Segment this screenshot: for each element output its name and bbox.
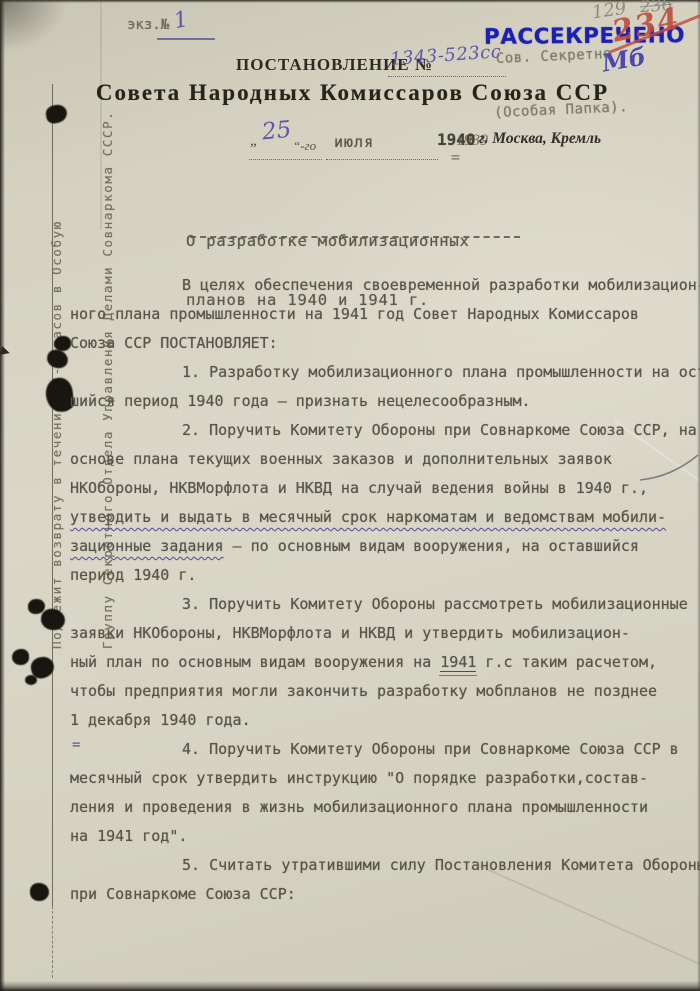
- date-day-suffix: “-го: [293, 138, 316, 154]
- body-line: чтобы предприятия могли закончить разраб…: [70, 677, 674, 706]
- ink-blot: [12, 649, 29, 665]
- body-text: В целях обеспечения своевременной разраб…: [70, 271, 674, 909]
- body-line: период 1940 г.: [70, 561, 674, 590]
- subject-line1: О разработке мобилизационных: [186, 232, 470, 252]
- body-segment: шийся период 1940 года – признать нецеле…: [70, 392, 531, 410]
- body-line: месячный срок утвердить инструкцию "О по…: [70, 764, 674, 793]
- blue-initials-mark: Мб: [600, 41, 648, 77]
- decree-number: 1343-523сс: [389, 41, 502, 70]
- body-segment: зационные задания: [70, 537, 224, 555]
- body-line: на 1941 год".: [70, 822, 674, 851]
- body-segment: 4. Поручить Комитету Обороны при Совнарк…: [182, 740, 679, 758]
- body-segment: 2. Поручить Комитету Обороны при Совнарк…: [182, 421, 697, 439]
- body-segment: Союза ССР ПОСТАНОВЛЯЕТ:: [70, 334, 278, 352]
- body-segment: 3. Поручить Комитету Обороны рассмотреть…: [182, 595, 688, 613]
- date-month: июля: [334, 133, 374, 151]
- body-line: утвердить и выдать в месячный срок нарко…: [70, 503, 674, 532]
- copy-number-underline: [157, 38, 215, 40]
- body-line: зационные задания – по основным видам во…: [70, 532, 674, 561]
- scan-edge-bottom: [0, 981, 700, 991]
- margin-equals-mark: =: [72, 737, 80, 753]
- body-segment: 1941: [440, 653, 476, 672]
- body-segment: ления и проведения в жизнь мобилизационн…: [70, 798, 648, 816]
- copy-number-value: 1: [172, 7, 191, 34]
- body-line: заявки НКОбороны, НКВМорфлота и НКВД и у…: [70, 619, 674, 648]
- body-segment: г.с таким расчетом,: [476, 653, 657, 671]
- date-month-line: [326, 159, 438, 160]
- body-line: ный план по основным видам вооружения на…: [70, 648, 674, 677]
- scan-edge-left: [0, 0, 5, 991]
- date-day: 25: [261, 117, 293, 146]
- body-line: основе плана текущих военных заказов и д…: [70, 445, 674, 474]
- ink-blot: [25, 675, 37, 685]
- body-segment: период 1940 г.: [70, 566, 196, 584]
- body-segment: – по основным видам вооружения, на остав…: [224, 537, 639, 555]
- body-line: при Совнаркоме Союза ССР:: [70, 880, 674, 909]
- body-line: 1 декабря 1940 года.: [70, 706, 674, 735]
- body-segment: 1 декабря 1940 года.: [70, 711, 251, 729]
- body-line: 4. Поручить Комитету Обороны при Совнарк…: [70, 735, 674, 764]
- date-place: г. Москва, Кремль: [479, 130, 601, 148]
- body-segment: НКОбороны, НКВМорфлота и НКВД на случай …: [70, 479, 648, 497]
- body-line: ного плана промышленности на 1941 год Со…: [70, 300, 674, 329]
- body-segment: на 1941 год".: [70, 827, 187, 845]
- date-open-quote: „: [250, 133, 257, 150]
- issuer-title: Совета Народных Комиссаров Союза ССР: [90, 80, 615, 106]
- date-day-line: [249, 159, 322, 160]
- copy-number-label: экз.№: [127, 17, 169, 33]
- body-segment: В целях обеспечения своевременной разраб…: [182, 276, 700, 294]
- body-segment: ный план по основным видам вооружения на: [70, 653, 440, 671]
- subject-underline: [190, 236, 520, 238]
- body-line: 3. Поручить Комитету Обороны рассмотреть…: [70, 590, 674, 619]
- margin-rule-dashed: [52, 906, 53, 978]
- body-line: 5. Считать утратившими силу Постановлени…: [70, 851, 674, 880]
- date-year-typed: 1940: [437, 130, 476, 149]
- pen-flourish: [638, 452, 700, 484]
- body-segment: 5. Считать утратившими силу Постановлени…: [182, 856, 700, 874]
- margin-arrow-mark: [0, 346, 11, 357]
- decree-number-line: [388, 76, 506, 77]
- body-segment: месячный срок утвердить инструкцию "О по…: [70, 769, 648, 787]
- document-page: Подлежит возврату в течение 24-х часов в…: [0, 0, 700, 991]
- body-line: ления и проведения в жизнь мобилизационн…: [70, 793, 674, 822]
- body-line: НКОбороны, НКВМорфлота и НКВД на случай …: [70, 474, 674, 503]
- body-segment: чтобы предприятия могли закончить разраб…: [70, 682, 657, 700]
- body-line: В целях обеспечения своевременной разраб…: [70, 271, 674, 300]
- body-line: 2. Поручить Комитету Обороны при Совнарк…: [70, 416, 674, 445]
- body-segment: утвердить и выдать в месячный срок нарко…: [70, 508, 666, 526]
- body-segment: ного плана промышленности на 1941 год Со…: [70, 305, 639, 323]
- body-segment: основе плана текущих военных заказов и д…: [70, 450, 612, 468]
- body-line: Союза ССР ПОСТАНОВЛЯЕТ:: [70, 329, 674, 358]
- date-year-dashes: =: [451, 148, 460, 166]
- body-line: шийся период 1940 года – признать нецеле…: [70, 387, 674, 416]
- ink-blot: [30, 883, 49, 901]
- body-segment: при Совнаркоме Союза ССР:: [70, 885, 296, 903]
- body-segment: заявки НКОбороны, НКВМорфлота и НКВД и у…: [70, 624, 630, 642]
- body-segment: 1. Разработку мобилизационного плана про…: [182, 363, 700, 381]
- body-line: 1. Разработку мобилизационного плана про…: [70, 358, 674, 387]
